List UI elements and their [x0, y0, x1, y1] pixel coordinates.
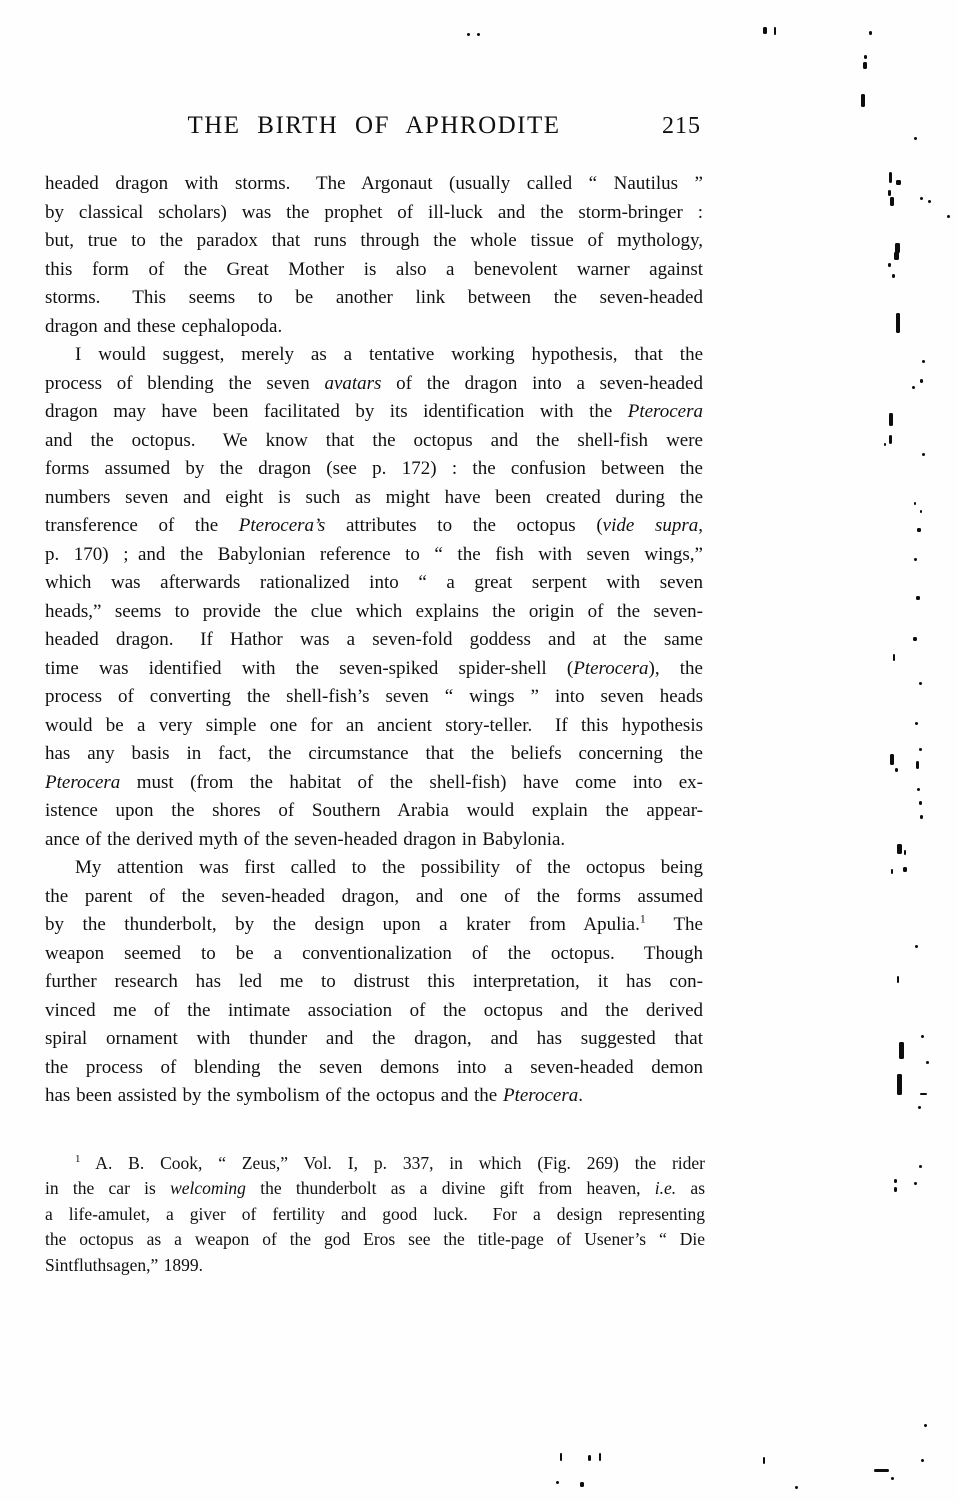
text-line: 1 A. B. Cook, “ Zeus,” Vol. I, p. 337, i…	[45, 1151, 705, 1176]
text-segment: has been assisted by the symbolism of th…	[45, 1085, 503, 1106]
text-line: Pterocera must (from the habitat of the …	[45, 769, 703, 798]
text-segment: of the dragon into a seven-headed	[381, 373, 703, 394]
scan-speck	[864, 55, 867, 59]
scan-speck	[920, 379, 923, 383]
italic-text: Pterocera	[45, 772, 120, 793]
text-line: further research has led me to distrust …	[45, 968, 703, 997]
italic-text: Pterocera	[503, 1085, 578, 1106]
text-segment: ance of the derived myth of the seven-he…	[45, 829, 565, 850]
page-number: 215	[662, 113, 701, 140]
text-segment: this form of the Great Mother is also a …	[45, 259, 703, 280]
text-line: weapon seemed to be a conventionalizatio…	[45, 940, 703, 969]
text-segment: headed dragon with storms. The Argonaut …	[45, 173, 703, 194]
scan-speck	[920, 197, 923, 200]
text-segment: as	[676, 1178, 705, 1198]
text-segment: weapon seemed to be a conventionalizatio…	[45, 943, 703, 964]
text-line: by classical scholars) was the prophet o…	[45, 199, 703, 228]
text-segment: would be a very simple one for an ancien…	[45, 715, 703, 736]
text-line: this form of the Great Mother is also a …	[45, 256, 703, 285]
text-line: a life-amulet, a giver of fertility and …	[45, 1202, 705, 1227]
text-segment: heads,” seems to provide the clue which …	[45, 601, 703, 622]
text-segment: a life-amulet, a giver of fertility and …	[45, 1204, 705, 1224]
scan-speck	[890, 754, 894, 765]
scan-speck	[861, 94, 865, 107]
text-segment: the process of blending the seven demons…	[45, 1057, 703, 1078]
scan-speck	[897, 976, 899, 983]
scan-speck	[915, 945, 918, 948]
text-segment: by classical scholars) was the prophet o…	[45, 202, 703, 223]
italic-text: Pterocera	[573, 658, 648, 679]
scan-speck	[915, 722, 918, 725]
scan-speck	[888, 190, 891, 196]
text-line: headed dragon. If Hathor was a seven-fol…	[45, 626, 703, 655]
page-title: THE BIRTH OF APHRODITE	[187, 112, 560, 140]
scan-speck	[924, 1424, 927, 1427]
text-segment: vinced me of the intimate association of…	[45, 1000, 703, 1021]
italic-text: avatars	[324, 373, 381, 394]
scan-speck	[893, 654, 895, 661]
scan-speck	[896, 180, 901, 185]
scan-speck	[467, 33, 470, 36]
text-segment: .	[578, 1085, 583, 1106]
scan-speck	[588, 1455, 591, 1461]
scan-speck	[926, 1061, 929, 1064]
scan-speck	[897, 1074, 902, 1095]
text-segment: dragon may have been facilitated by its …	[45, 401, 628, 422]
scan-speck	[892, 274, 895, 278]
scan-speck	[947, 215, 950, 218]
text-segment: in the car is	[45, 1178, 170, 1198]
text-line: numbers seven and eight is such as might…	[45, 484, 703, 513]
text-segment: but, true to the paradox that runs throu…	[45, 230, 703, 251]
italic-text: vide supra	[603, 515, 699, 536]
text-line: by the thunderbolt, by the design upon a…	[45, 911, 703, 940]
scan-speck	[912, 386, 915, 389]
scan-speck	[920, 815, 923, 819]
scan-speck	[922, 453, 925, 456]
scan-speck	[899, 1042, 904, 1059]
text-segment: Sintfluthsagen,” 1899.	[45, 1255, 203, 1275]
page-header: THE BIRTH OF APHRODITE 215	[45, 112, 703, 148]
text-line: p. 170) ; and the Babylonian reference t…	[45, 541, 703, 570]
text-line: but, true to the paradox that runs throu…	[45, 227, 703, 256]
scan-speck	[903, 867, 907, 872]
text-line: istence upon the shores of Southern Arab…	[45, 797, 703, 826]
text-segment: numbers seven and eight is such as might…	[45, 487, 703, 508]
text-line: the parent of the seven-headed dragon, a…	[45, 883, 703, 912]
text-segment: forms assumed by the dragon (see p. 172)…	[45, 458, 703, 479]
scan-speck	[919, 682, 922, 685]
text-segment: has any basis in fact, the circumstance …	[45, 743, 703, 764]
text-segment: headed dragon. If Hathor was a seven-fol…	[45, 629, 703, 650]
text-line: the process of blending the seven demons…	[45, 1054, 703, 1083]
text-segment: A. B. Cook, “ Zeus,” Vol. I, p. 337, in …	[80, 1153, 705, 1173]
text-line: and the octopus. We know that the octopu…	[45, 427, 703, 456]
text-segment: time was identified with the seven-spike…	[45, 658, 573, 679]
scan-speck	[895, 768, 898, 772]
scan-speck	[763, 27, 767, 34]
scan-speck	[774, 27, 776, 35]
scan-speck	[869, 31, 872, 35]
scan-speck	[913, 637, 917, 641]
text-segment: attributes to the octopus (	[325, 515, 602, 536]
text-line: transference of the Pterocera’s attribut…	[45, 512, 703, 541]
scan-speck	[904, 850, 906, 855]
scan-speck	[889, 435, 892, 444]
scan-speck	[916, 596, 920, 600]
scan-speck	[889, 172, 892, 183]
text-segment: the parent of the seven-headed dragon, a…	[45, 886, 703, 907]
text-line: would be a very simple one for an ancien…	[45, 712, 703, 741]
text-line: forms assumed by the dragon (see p. 172)…	[45, 455, 703, 484]
text-segment: which was afterwards rationalized into “…	[45, 572, 703, 593]
scan-speck	[888, 263, 891, 267]
scan-speck	[917, 788, 920, 791]
scan-speck	[922, 360, 925, 363]
scan-speck	[918, 1106, 921, 1109]
scan-speck	[921, 1035, 924, 1038]
scan-speck	[556, 1481, 559, 1484]
scan-speck	[874, 1469, 889, 1472]
scan-speck	[560, 1453, 562, 1461]
scan-speck	[914, 558, 917, 561]
text-segment: and the octopus. We know that the octopu…	[45, 430, 703, 451]
text-segment: storms. This seems to be another link be…	[45, 287, 703, 308]
text-segment: process of converting the shell-fish’s s…	[45, 686, 703, 707]
text-segment: The	[646, 914, 703, 935]
text-segment: the octopus as a weapon of the god Eros …	[45, 1229, 705, 1249]
text-segment: ), the	[649, 658, 703, 679]
scan-speck	[477, 33, 480, 36]
text-line: in the car is welcoming the thunderbolt …	[45, 1176, 705, 1201]
text-line: dragon and these cephalopoda.	[45, 313, 703, 342]
text-segment: by the thunderbolt, by the design upon a…	[45, 914, 640, 935]
scan-speck	[894, 1187, 897, 1192]
book-page: THE BIRTH OF APHRODITE 215 headed dragon…	[0, 0, 958, 1502]
scan-speck	[890, 197, 894, 206]
scan-speck	[894, 1179, 897, 1183]
text-segment: must (from the habitat of the shell-fish…	[120, 772, 703, 793]
scan-speck	[795, 1486, 798, 1489]
scan-speck	[894, 252, 899, 260]
italic-text: i.e.	[655, 1178, 676, 1198]
text-segment: dragon and these cephalopoda.	[45, 316, 282, 337]
text-line: I would suggest, merely as a tentative w…	[45, 341, 703, 370]
scan-speck	[914, 1182, 917, 1185]
scan-speck	[919, 801, 922, 805]
text-line: process of converting the shell-fish’s s…	[45, 683, 703, 712]
italic-text: Pterocera	[628, 401, 703, 422]
text-segment: istence upon the shores of Southern Arab…	[45, 800, 703, 821]
scan-speck	[916, 761, 919, 769]
text-line: time was identified with the seven-spike…	[45, 655, 703, 684]
text-line: heads,” seems to provide the clue which …	[45, 598, 703, 627]
text-line: process of blending the seven avatars of…	[45, 370, 703, 399]
text-line: ance of the derived myth of the seven-he…	[45, 826, 703, 855]
text-segment: the thunderbolt as a divine gift from he…	[246, 1178, 655, 1198]
scan-speck	[896, 313, 900, 333]
text-line: which was afterwards rationalized into “…	[45, 569, 703, 598]
scan-speck	[891, 1477, 894, 1480]
text-line: spiral ornament with thunder and the dra…	[45, 1025, 703, 1054]
text-segment: My attention was first called to the pos…	[75, 857, 703, 878]
text-line: dragon may have been facilitated by its …	[45, 398, 703, 427]
scan-speck	[921, 1459, 924, 1462]
scan-speck	[920, 1093, 927, 1095]
text-segment: transference of the	[45, 515, 239, 536]
text-line: the octopus as a weapon of the god Eros …	[45, 1227, 705, 1252]
text-line: headed dragon with storms. The Argonaut …	[45, 170, 703, 199]
scan-speck	[919, 748, 922, 751]
footnote: 1 A. B. Cook, “ Zeus,” Vol. I, p. 337, i…	[45, 1151, 705, 1278]
italic-text: Pterocera’s	[239, 515, 326, 536]
text-segment: spiral ornament with thunder and the dra…	[45, 1028, 703, 1049]
scan-speck	[580, 1482, 584, 1487]
body-text: headed dragon with storms. The Argonaut …	[45, 170, 703, 1111]
text-segment: p. 170) ; and the Babylonian reference t…	[45, 544, 703, 565]
scan-speck	[897, 844, 902, 854]
text-line: storms. This seems to be another link be…	[45, 284, 703, 313]
scan-speck	[914, 137, 917, 140]
scan-speck	[920, 510, 922, 513]
scan-speck	[917, 528, 921, 532]
text-segment: ,	[698, 515, 703, 536]
text-line: vinced me of the intimate association of…	[45, 997, 703, 1026]
text-line: My attention was first called to the pos…	[45, 854, 703, 883]
text-segment: process of blending the seven	[45, 373, 324, 394]
scan-speck	[763, 1457, 765, 1464]
scan-speck	[914, 502, 916, 505]
italic-text: welcoming	[170, 1178, 246, 1198]
text-line: has any basis in fact, the circumstance …	[45, 740, 703, 769]
scan-speck	[891, 869, 893, 874]
scan-speck	[884, 443, 886, 446]
text-line: has been assisted by the symbolism of th…	[45, 1082, 703, 1111]
scan-speck	[928, 200, 931, 203]
scan-speck	[863, 62, 867, 69]
text-segment: I would suggest, merely as a tentative w…	[75, 344, 703, 365]
scan-speck	[889, 413, 893, 426]
scan-speck	[919, 1165, 922, 1168]
text-segment: further research has led me to distrust …	[45, 971, 703, 992]
text-line: Sintfluthsagen,” 1899.	[45, 1253, 705, 1278]
scan-speck	[599, 1453, 601, 1461]
